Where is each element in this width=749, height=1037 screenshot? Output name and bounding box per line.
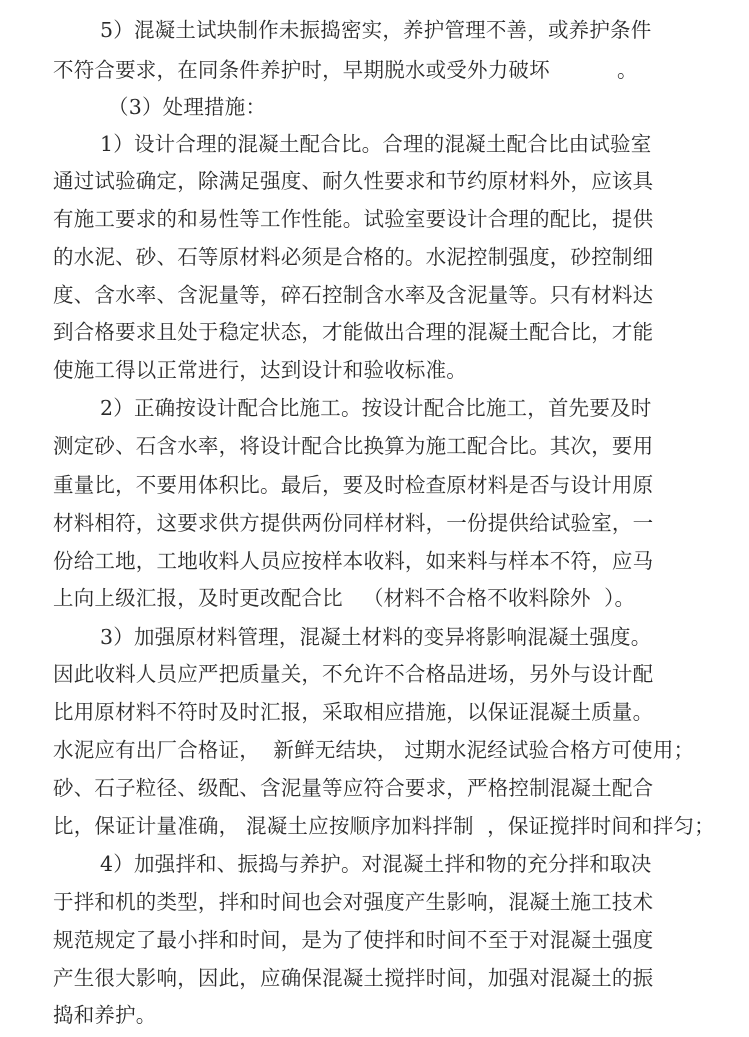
text-line: 通过试验确定，除满足强度、耐久性要求和节约原材料外，应该具: [53, 168, 653, 194]
text-line: 砂、石子粒径、级配、含泥量等应符合要求，严格控制混凝土配合: [53, 775, 653, 801]
text-line: 比用原材料不符时及时汇报，采取相应措施，以保证混凝土质量。: [53, 699, 653, 725]
text-line: 重量比，不要用体积比。最后，要及时检查原材料是否与设计用原: [53, 472, 653, 498]
text-line: 使施工得以正常进行，达到设计和验收标准。: [53, 357, 467, 383]
text-line: 水泥应有出厂合格证， 新鲜无结块， 过期水泥经试验合格方可使用；: [53, 737, 694, 763]
text-line: 于拌和机的类型，拌和时间也会对强度产生影响，混凝土施工技术: [53, 889, 653, 915]
text-line: 4）加强拌和、振捣与养护。对混凝土拌和物的充分拌和取决: [100, 851, 651, 877]
text-line: 产生很大影响，因此，应确保混凝土搅拌时间，加强对混凝土的振: [53, 965, 653, 991]
text-line: 测定砂、石含水率，将设计配合比换算为施工配合比。其次，要用: [53, 433, 653, 459]
text-line: 上向上级汇报，及时更改配合比 （材料不合格不收料除外 ）。: [53, 585, 635, 611]
text-line: 度、含水率、含泥量等，碎石控制含水率及含泥量等。只有材料达: [53, 282, 653, 308]
text-line: 份给工地，工地收料人员应按样本收料，如来料与样本不符，应马: [53, 548, 653, 574]
text-line: 规范规定了最小拌和时间，是为了使拌和时间不至于对混凝土强度: [53, 927, 653, 953]
text-line: 的水泥、砂、石等原材料必须是合格的。水泥控制强度，砂控制细: [53, 244, 653, 270]
text-line: 材料相符，这要求供方提供两份同样材料，一份提供给试验室，一: [53, 510, 653, 536]
text-line: 5）混凝土试块制作未振捣密实，养护管理不善，或养护条件: [100, 17, 651, 43]
text-line: 捣和养护。: [53, 1002, 157, 1028]
text-line: 1）设计合理的混凝土配合比。合理的混凝土配合比由试验室: [100, 131, 651, 157]
text-line: 有施工要求的和易性等工作性能。试验室要设计合理的配比，提供: [53, 206, 653, 232]
text-line: 2）正确按设计配合比施工。按设计配合比施工，首先要及时: [100, 395, 651, 421]
text-line: 因此收料人员应严把质量关，不允许不合格品进场，另外与设计配: [53, 661, 653, 687]
text-line: 3）加强原材料管理，混凝土材料的变异将影响混凝土强度。: [100, 624, 651, 650]
text-line: 到合格要求且处于稳定状态，才能做出合理的混凝土配合比，才能: [53, 319, 653, 345]
text-line: 不符合要求，在同条件养护时，早期脱水或受外力破坏 。: [53, 57, 638, 83]
document-page: 5）混凝土试块制作未振捣密实，养护管理不善，或养护条件 不符合要求，在同条件养护…: [0, 0, 749, 1037]
section-heading: （3）处理措施：: [108, 94, 266, 120]
text-line: 比，保证计量准确， 混凝土应按顺序加料拌制 ，保证搅拌时间和拌匀；: [53, 813, 715, 839]
